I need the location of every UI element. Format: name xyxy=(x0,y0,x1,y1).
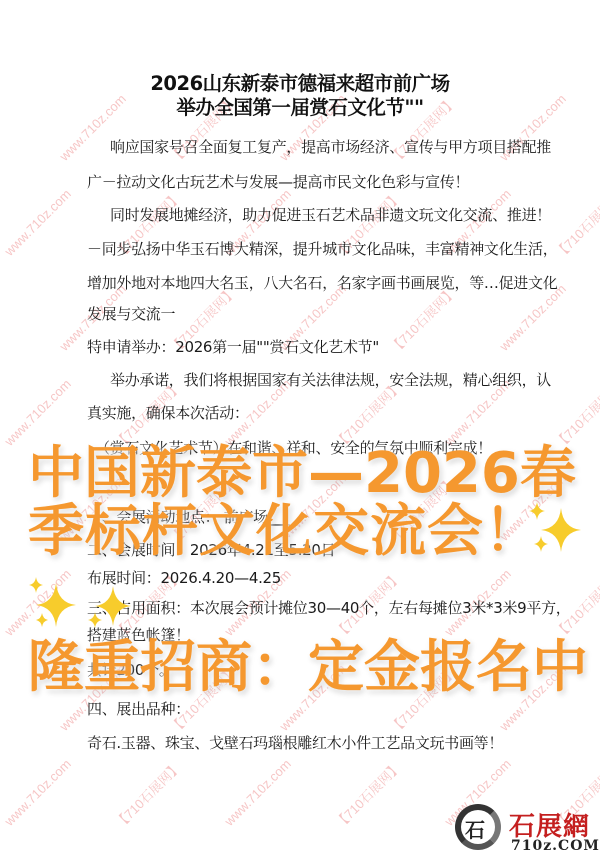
body-line: 真实施，确保本次活动： xyxy=(87,403,249,423)
sparkle-icon xyxy=(28,575,88,635)
site-logo: 石 石展網 710z.COM xyxy=(455,800,600,860)
logo-glyph: 石 xyxy=(465,814,485,843)
watermark-text: 【710石展网】 xyxy=(330,757,405,832)
body-line: 举办承诺，我们将根据国家有关法律法规，安全法规，精心组织，认 xyxy=(110,370,551,390)
body-line: 三、占用面积：本次展会预计摊位30—40个，左右每摊位3米*3米9平方， xyxy=(87,598,571,618)
sparkle-icon xyxy=(85,582,135,637)
body-line: 发展与交流一 xyxy=(87,304,175,324)
body-line: 响应国家号召全面复工复产，提高市场经济、宣传与甲方项目搭配推 xyxy=(110,137,551,157)
document-title-line1: 2026山东新泰市德福来超市前广场 xyxy=(0,72,600,96)
body-line: 同时发展地摊经济，助力促进玉石艺术品非遗文玩文化交流、推进！ xyxy=(110,205,551,225)
watermark-text: www.710z.com xyxy=(222,756,294,828)
body-line: 增加外地对本地四大名玉，八大名石，名家字画书画展览，等…促进文化 xyxy=(87,273,557,293)
promo-cta: 隆重招商：定金报名中 xyxy=(28,636,588,700)
document-page: www.710z.com【710石展网】www.710z.com【710石展网】… xyxy=(0,0,600,865)
body-line: 奇石.玉器、珠宝、戈壁石玛瑙根雕红木小件工艺品文玩书画等！ xyxy=(87,733,503,753)
logo-url: 710z.COM xyxy=(511,838,600,854)
watermark-text: www.710z.com xyxy=(2,186,74,258)
body-line: 四、展出品种： xyxy=(87,699,190,719)
sparkle-icon xyxy=(525,500,585,560)
promo-headline-line2: 季标杆文化交流会！ xyxy=(28,500,541,564)
document-title-line2: 举办全国第一届赏石文化节"" xyxy=(0,96,600,120)
watermark-text: www.710z.com xyxy=(2,756,74,828)
watermark-text: www.710z.com xyxy=(2,376,74,448)
watermark-text: 【710石展网】 xyxy=(385,282,460,357)
body-line: 广－拉动文化古玩艺术与发展—提高市民文化色彩与宣传！ xyxy=(87,172,469,192)
body-line: 特申请举办：2026第一届""赏石文化艺术节" xyxy=(87,337,379,357)
watermark-text: 【710石展网】 xyxy=(110,757,185,832)
promo-headline-line1: 中国新泰市—2026春 xyxy=(28,442,576,506)
body-line: －同步弘扬中华玉石博大精深，提升城市文化品味，丰富精神文化生活， xyxy=(87,239,557,259)
watermark-text: 【710石展网】 xyxy=(550,187,600,262)
